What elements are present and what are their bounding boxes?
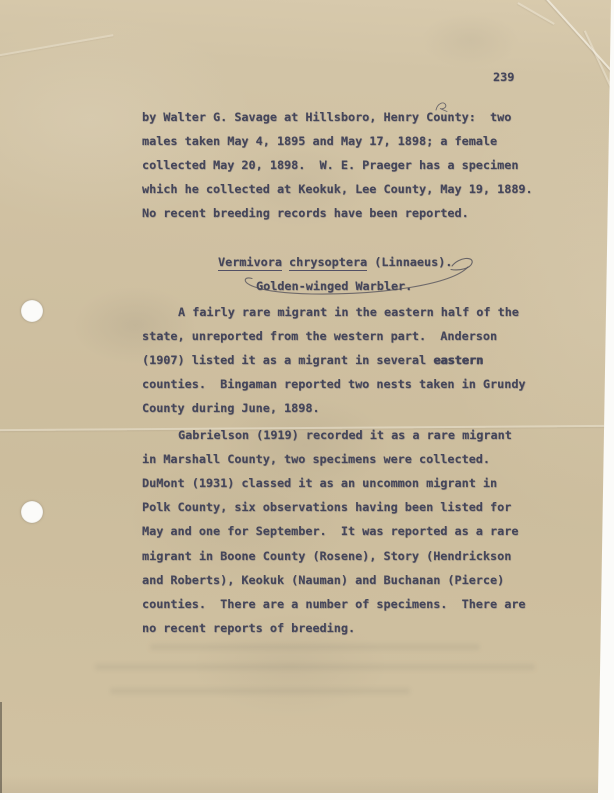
- typed-line: which he collected at Keokuk, Lee County…: [142, 182, 533, 196]
- typed-line: in Marshall County, two specimens were c…: [142, 452, 490, 466]
- typed-line: counties. Bingaman reported two nests ta…: [142, 377, 526, 391]
- typed-line: males taken May 4, 1895 and May 17, 1898…: [142, 134, 497, 148]
- overstruck-word: eastern: [433, 353, 483, 367]
- typed-line: Polk County, six observations having bee…: [142, 500, 511, 514]
- punch-hole: [21, 501, 43, 523]
- typed-line: (1907) listed it as a migrant in several…: [142, 353, 483, 367]
- typed-line: migrant in Boone County (Rosene), Story …: [142, 549, 511, 563]
- paper-edge-shadow: [0, 702, 2, 793]
- scanned-document: 239 by Walter G. Savage at Hillsboro, He…: [0, 0, 614, 800]
- typed-text: (1907) listed it as a migrant in several: [142, 353, 433, 367]
- species-heading: Vermivora chrysoptera (Linnaeus).: [218, 255, 452, 269]
- typed-line: state, unreported from the western part.…: [142, 329, 497, 343]
- space: [282, 255, 289, 269]
- typed-line: Gabrielson (1919) recorded it as a rare …: [178, 428, 512, 442]
- typed-line: collected May 20, 1898. W. E. Praeger ha…: [142, 158, 518, 172]
- page-number: 239: [493, 70, 514, 84]
- typed-line: A fairly rare migrant in the eastern hal…: [178, 305, 519, 319]
- typed-line: DuMont (1931) classed it as an uncommon …: [142, 476, 497, 490]
- show-through-text: [95, 664, 535, 670]
- ink-swash-annotation: [451, 258, 472, 270]
- paper-sheet: 239 by Walter G. Savage at Hillsboro, He…: [0, 0, 614, 800]
- paper-crease: [518, 2, 555, 24]
- genus-name: Vermivora: [218, 255, 282, 271]
- show-through-text: [110, 688, 410, 694]
- show-through-text: [150, 644, 480, 650]
- typed-line: and Roberts), Keokuk (Nauman) and Buchan…: [142, 573, 504, 587]
- punch-hole: [21, 300, 43, 322]
- typed-line: no recent reports of breeding.: [142, 621, 355, 635]
- authority: (Linnaeus).: [374, 255, 452, 269]
- common-name: Golden-winged Warbler.: [256, 279, 412, 293]
- typed-line: by Walter G. Savage at Hillsboro, Henry …: [142, 110, 511, 124]
- typed-line: County during June, 1898.: [142, 401, 320, 415]
- typed-line: counties. There are a number of specimen…: [142, 597, 526, 611]
- typed-line: No recent breeding records have been rep…: [142, 206, 469, 220]
- typed-line: May and one for September. It was report…: [142, 524, 518, 538]
- species-name: chrysoptera: [289, 255, 367, 271]
- paper-crease: [0, 34, 113, 56]
- paper-crease: [584, 30, 614, 94]
